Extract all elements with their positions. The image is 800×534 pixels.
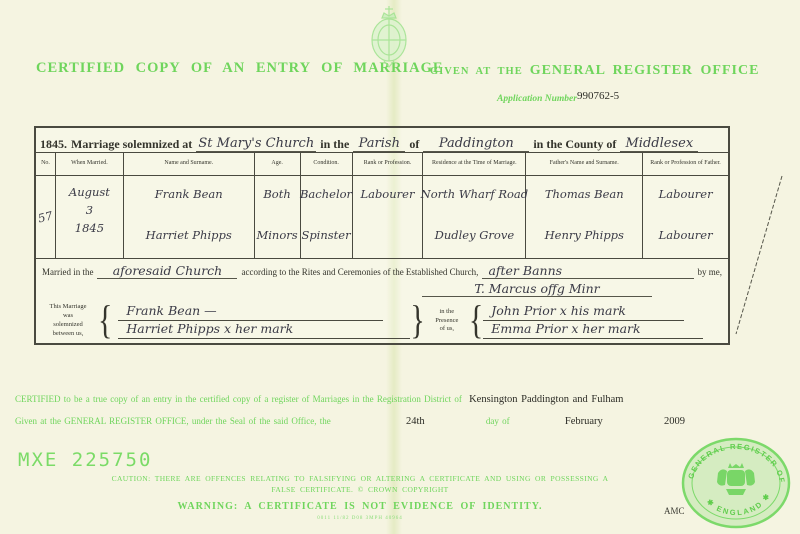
- witness2-signature: Emma Prior x her mark: [483, 321, 702, 339]
- seal-day: 24th: [406, 416, 425, 427]
- void-diagonal-stroke: [718, 170, 790, 342]
- presence-label: in the Presence of us,: [425, 303, 469, 339]
- royal-crest-icon: [360, 4, 418, 68]
- entry-row: 57 August 3 1845 Frank Bean Harriet Phip…: [36, 175, 728, 258]
- rites-label: according to the Rites and Ceremonies of…: [241, 267, 478, 277]
- caution-line1: CAUTION: THERE ARE OFFENCES RELATING TO …: [112, 474, 609, 483]
- warning-notice: WARNING: A CERTIFICATE IS NOT EVIDENCE O…: [0, 501, 720, 512]
- officiant-line: T. Marcus offg Minr: [42, 281, 722, 297]
- groom-residence: North Wharf Road: [421, 187, 528, 201]
- brace-close: }: [410, 297, 424, 346]
- banns-entry: after Banns: [482, 263, 693, 279]
- names-cell: Frank Bean Harriet Phipps: [124, 175, 255, 258]
- entry-month: August: [69, 185, 110, 199]
- caution-line2: FALSE CERTIFICATE. © CROWN COPYRIGHT: [271, 485, 448, 494]
- when-married-cell: August 3 1845: [56, 175, 124, 258]
- seal-year: 2009: [664, 416, 685, 427]
- seal-month: February: [565, 416, 603, 427]
- parish-entry: Paddington: [423, 136, 529, 152]
- brace-open-2: {: [469, 297, 483, 346]
- register-entry-table: 1845. Marriage solemnized at St Mary's C…: [34, 126, 730, 345]
- residence-cell: North Wharf Road Dudley Grove: [423, 175, 526, 258]
- county-entry: Middlesex: [620, 136, 698, 152]
- presence-line2: Presence: [425, 317, 469, 326]
- column-header-row: No. When Married. Name and Surname. Age.…: [36, 152, 728, 176]
- given-at-statement-text: Given at the GENERAL REGISTER OFFICE, un…: [15, 416, 331, 426]
- groom-age: Both: [263, 187, 290, 201]
- bride-condition: Spinster: [301, 228, 350, 242]
- married-in-line: Married in the aforesaid Church accordin…: [42, 262, 722, 280]
- bride-father-profession: Labourer: [659, 228, 713, 242]
- application-number-value: 990762-5: [577, 90, 619, 102]
- bride-signature: Harriet Phipps x her mark: [118, 321, 410, 339]
- column-header: No.: [36, 153, 56, 175]
- gro-seal-icon: GENERAL REGISTER OFFICE ✱ ENGLAND ✱: [680, 437, 792, 529]
- profession-cell: Labourer: [353, 175, 424, 258]
- presence-line1: in the: [425, 308, 469, 317]
- church-entry: St Mary's Church: [196, 136, 316, 152]
- this-marriage-label: This Marriage was solemnized between us,: [38, 303, 98, 339]
- presence-line3: of us,: [425, 325, 469, 334]
- column-header: Father's Name and Surname.: [526, 153, 643, 175]
- register-preamble: 1845. Marriage solemnized at St Mary's C…: [36, 128, 728, 152]
- preamble-of: of: [409, 137, 419, 152]
- print-code: 0011 11/82 D08 3MPH 40964: [0, 516, 720, 521]
- groom-father-profession: Labourer: [659, 187, 713, 201]
- column-header: Name and Surname.: [124, 153, 255, 175]
- column-header: Residence at the Time of Marriage.: [423, 153, 526, 175]
- married-in-label: Married in the: [42, 267, 93, 277]
- certificate-serial-number: MXE 225750: [18, 449, 152, 471]
- entry-year: 1845: [75, 221, 104, 235]
- signatures-section: This Marriage was solemnized between us,…: [36, 300, 728, 343]
- groom-signature: Frank Bean —: [118, 303, 383, 321]
- this-marriage-line2: was: [38, 312, 98, 321]
- office-label: GENERAL REGISTER OFFICE: [530, 63, 760, 79]
- column-header: Rank or Profession.: [353, 153, 424, 175]
- witness1-signature: John Prior x his mark: [483, 303, 684, 321]
- preamble-county-label: in the County of: [533, 137, 616, 152]
- registration-district: Kensington Paddington and Fulham: [469, 394, 623, 405]
- column-header: Rank or Profession of Father.: [643, 153, 728, 175]
- solemnization-section: Married in the aforesaid Church accordin…: [36, 258, 728, 300]
- parish-word-entry: Parish: [353, 136, 405, 152]
- bride-father: Henry Phipps: [545, 228, 624, 242]
- given-at-header: GIVEN AT THE GENERAL REGISTER OFFICE: [430, 63, 759, 79]
- father-profession-cell: Labourer Labourer: [643, 175, 728, 258]
- column-header: When Married.: [56, 153, 124, 175]
- age-cell: Both Minors: [255, 175, 301, 258]
- bride-name: Harriet Phipps: [146, 228, 232, 242]
- married-in-entry: aforesaid Church: [97, 263, 237, 279]
- caution-notice: CAUTION: THERE ARE OFFENCES RELATING TO …: [0, 474, 720, 496]
- witness-signatures: John Prior x his mark Emma Prior x her m…: [483, 303, 718, 339]
- entry-number: 57: [37, 208, 55, 225]
- party-signatures: Frank Bean — Harriet Phipps x her mark: [112, 303, 410, 339]
- preamble-solemnized-label: Marriage solemnized at: [71, 137, 192, 152]
- certified-statement: CERTIFIED to be a true copy of an entry …: [15, 394, 623, 405]
- groom-father: Thomas Bean: [545, 187, 624, 201]
- this-marriage-line1: This Marriage: [38, 303, 98, 312]
- bride-age: Minors: [256, 228, 297, 242]
- groom-condition: Bachelor: [300, 187, 352, 201]
- preamble-in-the: in the: [320, 137, 349, 152]
- condition-cell: Bachelor Spinster: [301, 175, 353, 258]
- given-at-statement: Given at the GENERAL REGISTER OFFICE, un…: [15, 416, 685, 427]
- father-name-cell: Thomas Bean Henry Phipps: [526, 175, 643, 258]
- application-number-label: Application Number: [497, 94, 577, 104]
- groom-name: Frank Bean: [155, 187, 223, 201]
- seal-annotation: AMC: [664, 506, 685, 516]
- given-at-label: GIVEN AT THE: [430, 66, 523, 77]
- this-marriage-line4: between us,: [38, 330, 98, 339]
- column-header: Age.: [255, 153, 301, 175]
- entry-number-cell: 57: [36, 175, 56, 258]
- groom-profession: Labourer: [360, 187, 414, 201]
- day-of-label: day of: [486, 416, 510, 426]
- officiant-signature: T. Marcus offg Minr: [422, 281, 652, 297]
- bride-residence: Dudley Grove: [435, 228, 515, 242]
- certified-statement-text: CERTIFIED to be a true copy of an entry …: [15, 394, 462, 404]
- preamble-year: 1845.: [40, 137, 67, 152]
- brace-open: {: [98, 297, 112, 346]
- entry-day: 3: [86, 203, 93, 217]
- marriage-certificate: CERTIFIED COPY OF AN ENTRY OF MARRIAGE G…: [0, 0, 800, 534]
- this-marriage-line3: solemnized: [38, 321, 98, 330]
- column-header: Condition.: [301, 153, 353, 175]
